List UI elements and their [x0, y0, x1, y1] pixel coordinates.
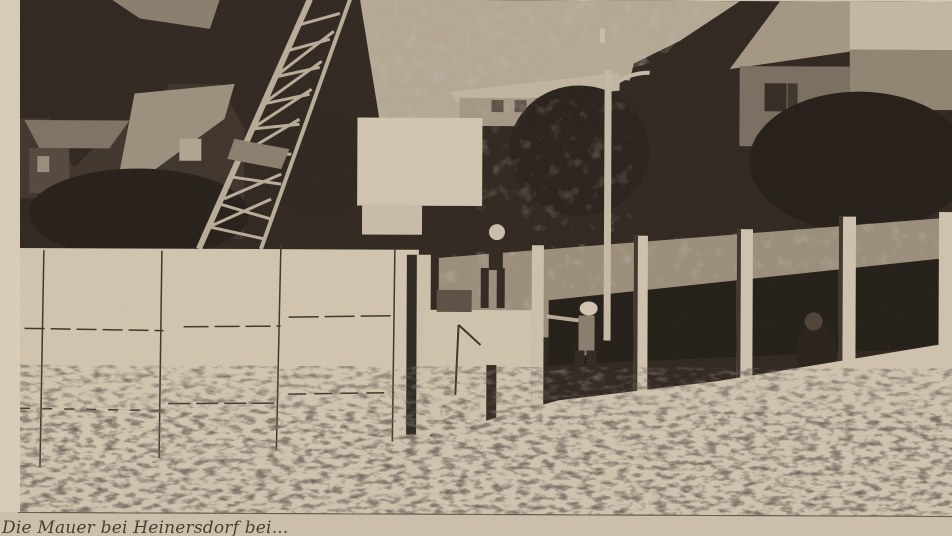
historical-photo — [18, 0, 952, 516]
photo-caption: Die Mauer bei Heinersdorf bei... — [2, 518, 289, 536]
paper-margin — [0, 0, 20, 512]
